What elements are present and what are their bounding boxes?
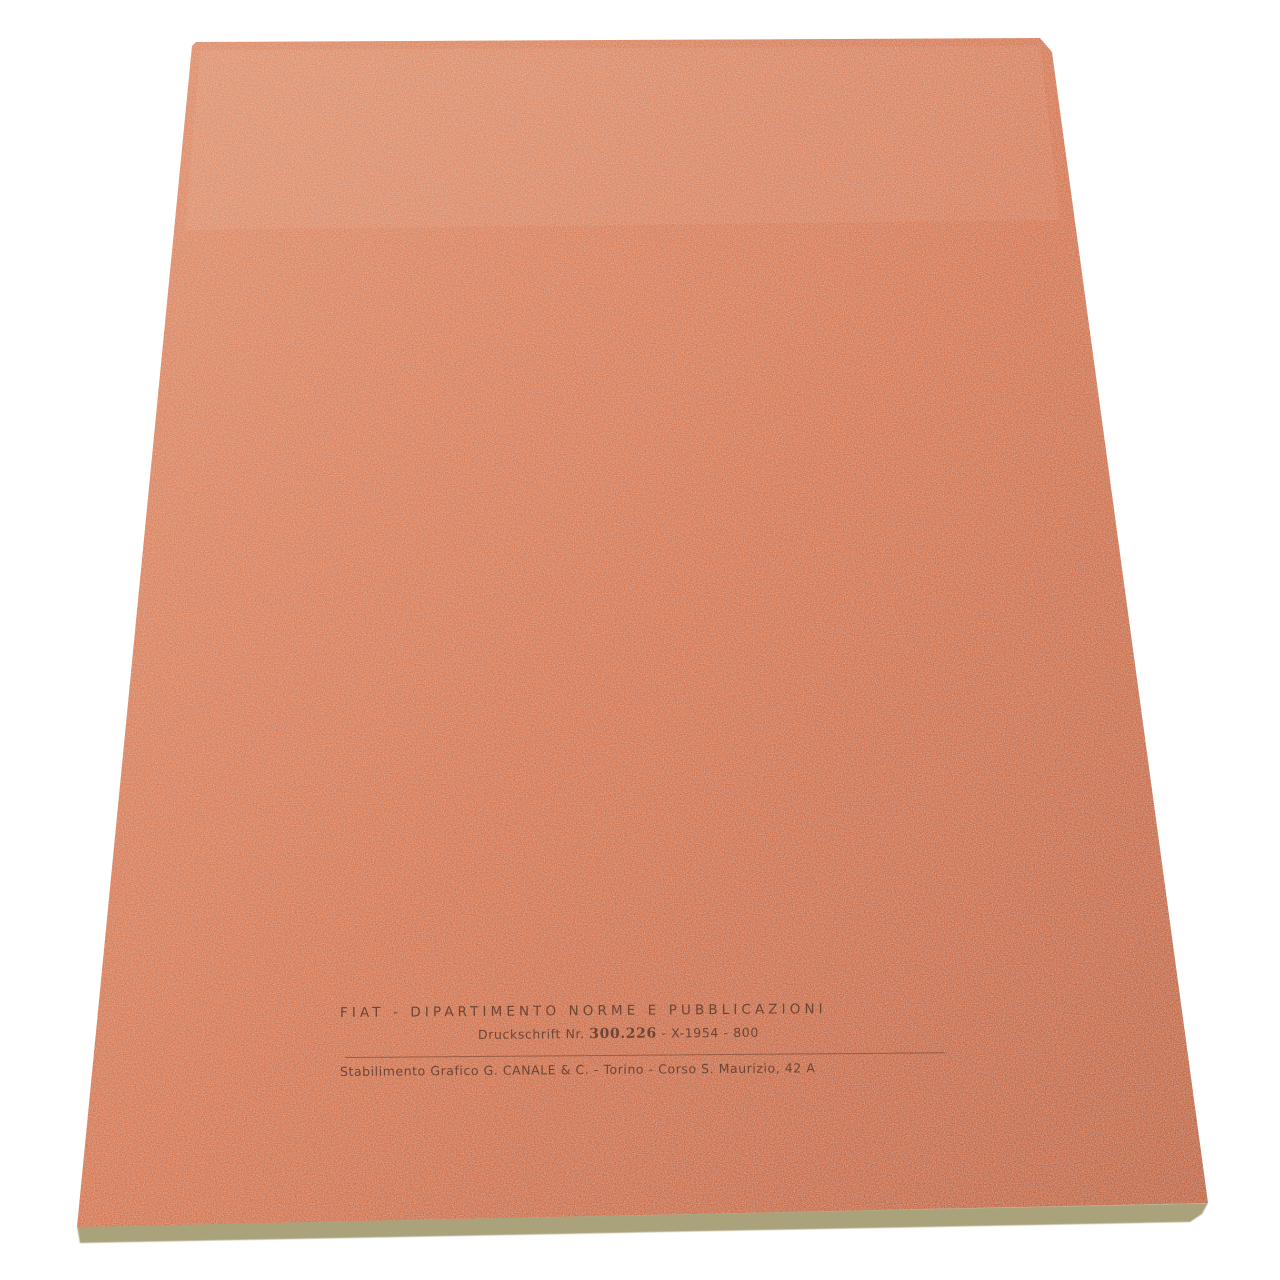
cover-wear — [185, 46, 1060, 230]
booklet-photo — [0, 0, 1280, 1280]
